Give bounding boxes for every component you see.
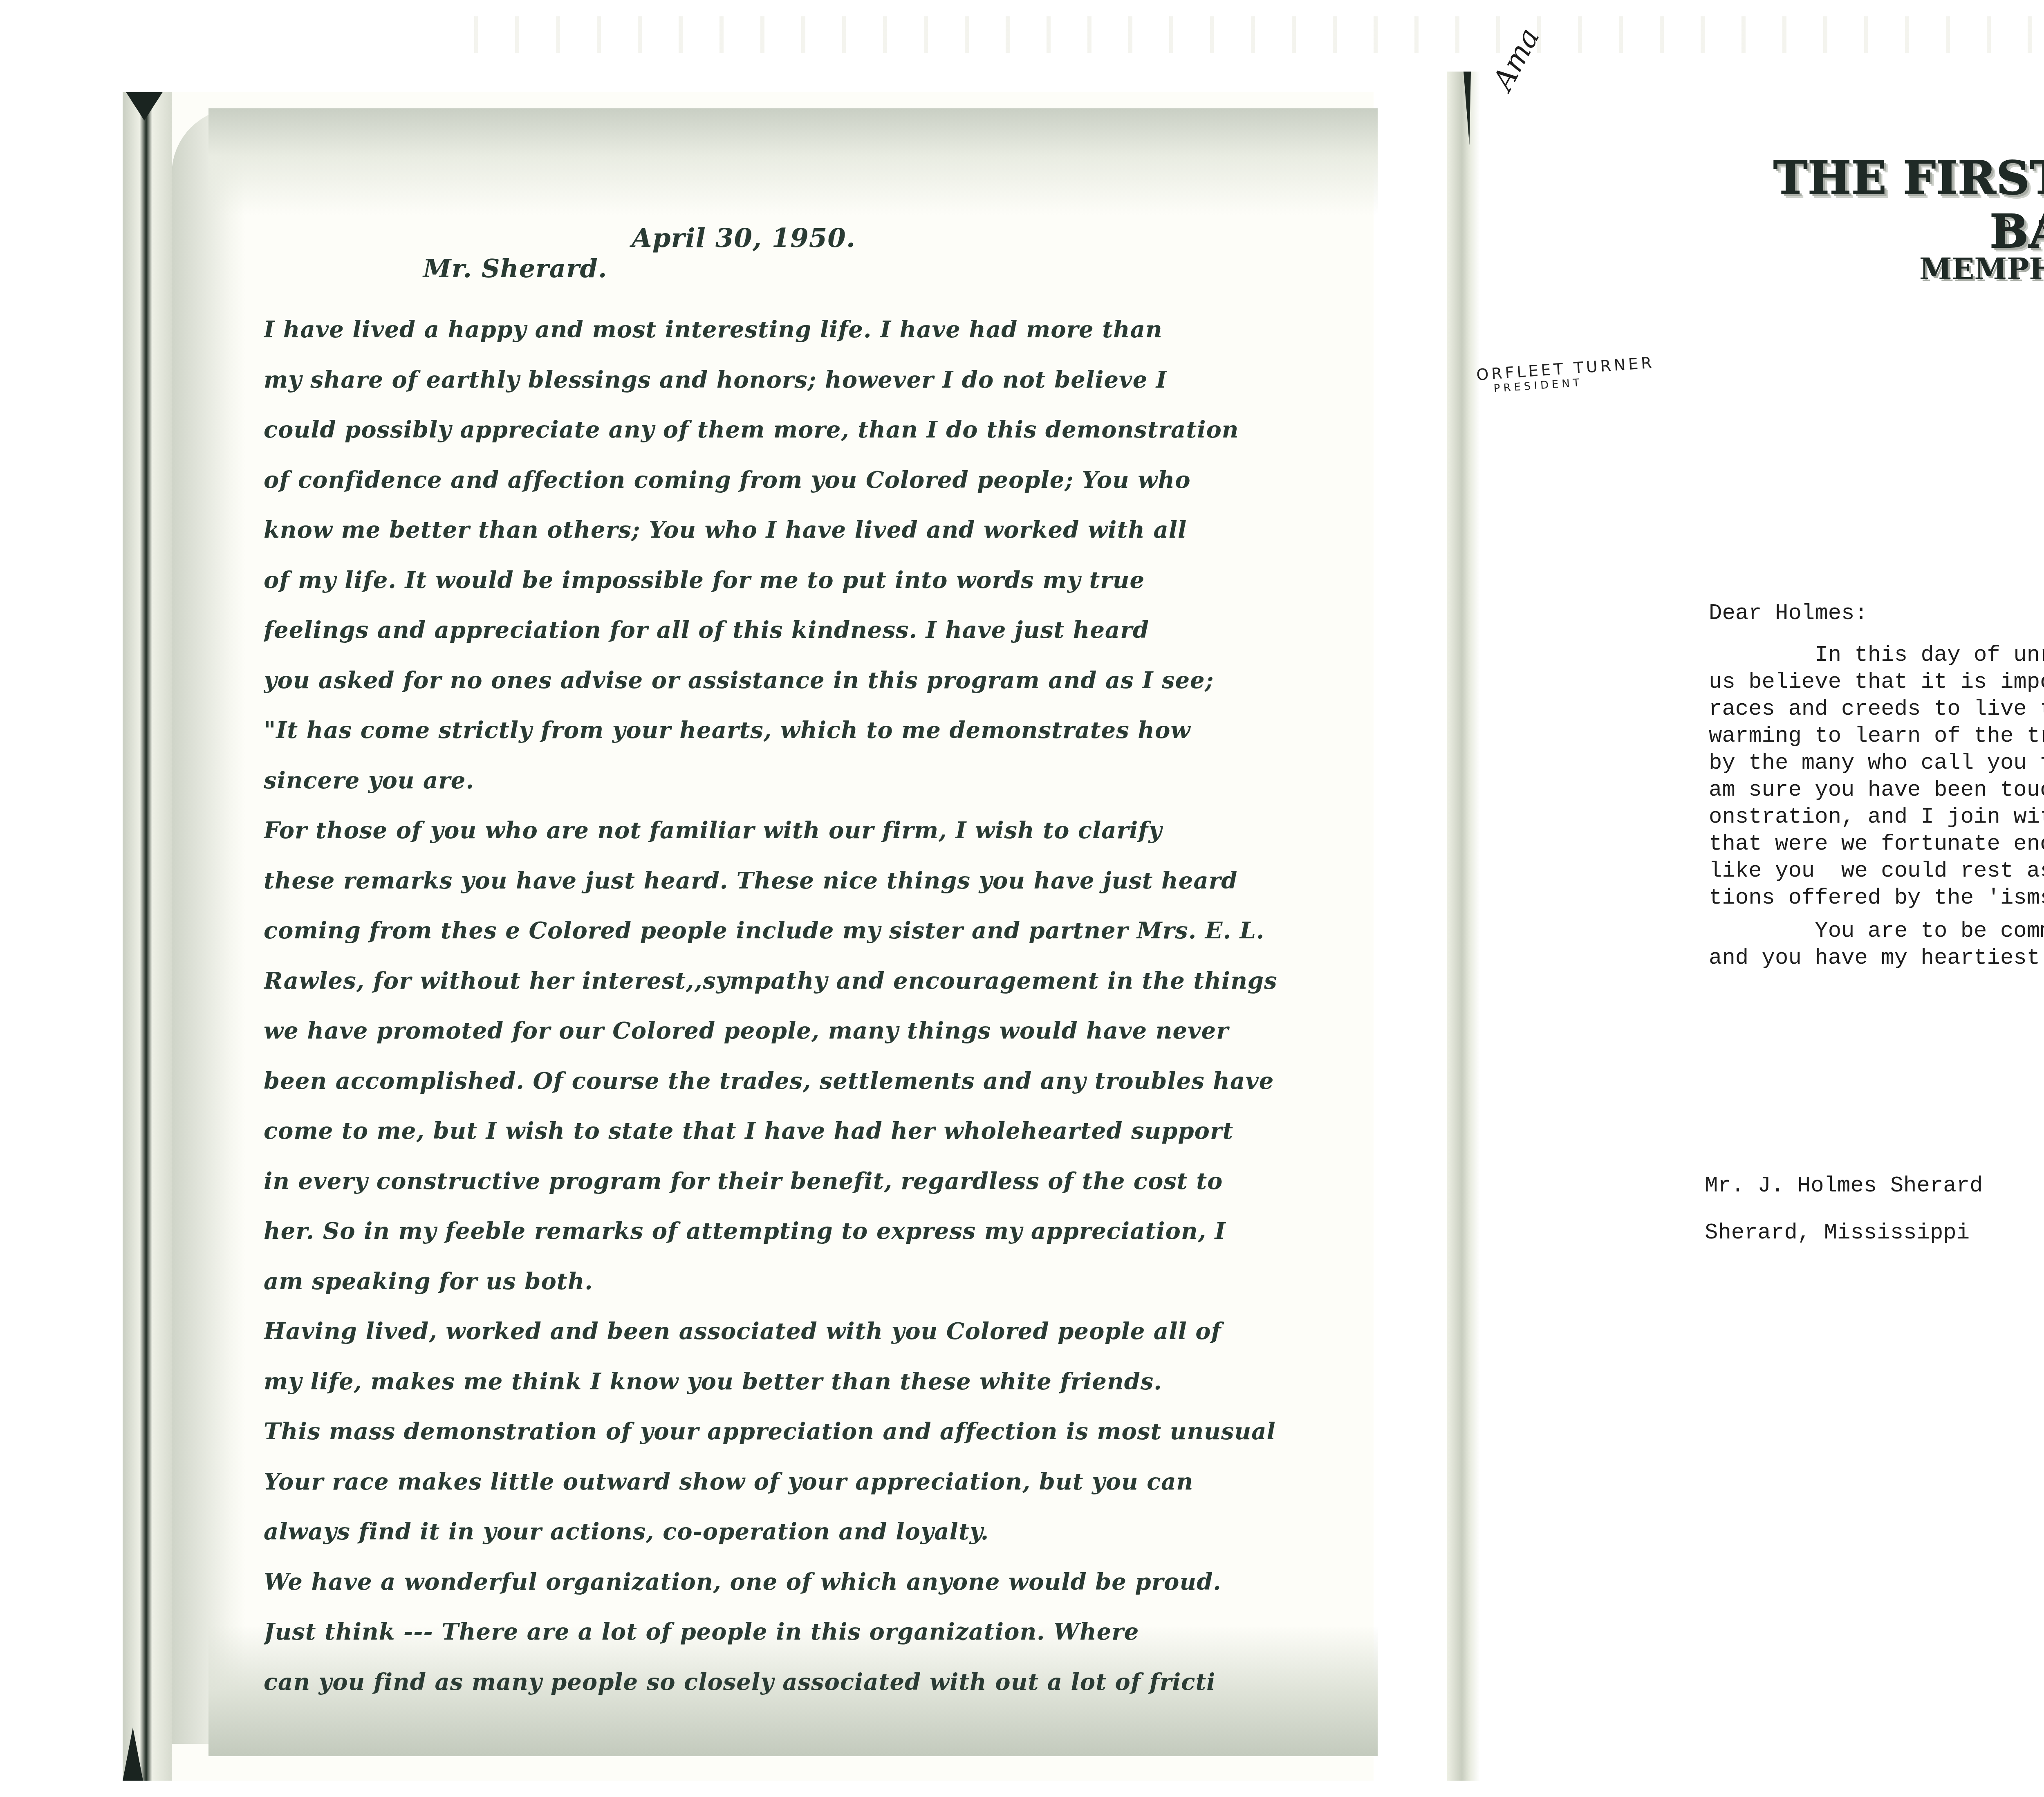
officer-block: ORFLEET TURNER PRESIDENT	[1476, 354, 1656, 396]
letter-paragraph-2: You are to be commended on a job well do…	[1709, 918, 2044, 972]
speech-salutation: Mr. Sherard.	[423, 254, 607, 283]
letter-line: tions offered by the 'isms' would have l…	[1709, 885, 2044, 912]
binder-rings	[446, 16, 2044, 53]
speech-date: April 30, 1950.	[632, 223, 856, 254]
speech-line: can you find as many people so closely a…	[264, 1657, 1376, 1707]
speech-line: her. So in my feeble remarks of attempti…	[264, 1206, 1376, 1256]
speech-line: am speaking for us both.	[264, 1256, 1376, 1307]
speech-line: We have a wonderful organization, one of…	[264, 1557, 1376, 1607]
speech-line: For those of you who are not familiar wi…	[264, 805, 1376, 856]
book-gutter	[123, 92, 172, 1781]
speech-line: of confidence and affection coming from …	[264, 455, 1376, 505]
letter-line: onstration, and I join with your many fr…	[1709, 804, 2044, 831]
page-shadow-top	[208, 108, 1378, 215]
speech-line: been accomplished. Of course the trades,…	[264, 1056, 1376, 1106]
speech-line: come to me, but I wish to state that I h…	[264, 1106, 1376, 1156]
recipient-location: Sherard, Mississippi	[1705, 1220, 1970, 1245]
letter-line: am sure you have been touched by this ex…	[1709, 777, 2044, 804]
speech-line: coming from thes e Colored people includ…	[264, 906, 1376, 956]
speech-line: my share of earthly blessings and honors…	[264, 355, 1376, 405]
speech-line: sincere you are.	[264, 756, 1376, 806]
speech-line: we have promoted for our Colored people,…	[264, 1006, 1376, 1056]
speech-line: my life, makes me think I know you bette…	[264, 1357, 1376, 1407]
letter-line: us believe that it is impossible for men…	[1709, 669, 2044, 696]
letterhead-city: MEMPHIS, TENN.	[1741, 251, 2044, 286]
letter-greeting: Dear Holmes:	[1709, 601, 1868, 626]
speech-line: feelings and appreciation for all of thi…	[264, 605, 1376, 655]
bank-letter-page: Ama THE FIRST NATIONAL BANK OF MEMPHIS M…	[1447, 72, 2044, 1781]
speech-line: Your race makes little outward show of y…	[264, 1457, 1376, 1507]
letter-line: You are to be commended on a job well do…	[1709, 918, 2044, 945]
letter-line: races and creeds to live together peacef…	[1709, 696, 2044, 723]
speech-line: in every constructive program for their …	[264, 1156, 1376, 1207]
speech-line: Having lived, worked and been associated…	[264, 1306, 1376, 1357]
recipient-name: Mr. J. Holmes Sherard	[1705, 1173, 1983, 1198]
letterhead-subtitle: OF MEMPHIS	[1741, 217, 2044, 235]
letter-line: In this day of unrest, when some would h…	[1709, 642, 2044, 669]
speech-line: could possibly appreciate any of them mo…	[264, 405, 1376, 455]
speech-line: these remarks you have just heard. These…	[264, 856, 1376, 906]
speech-line: of my life. It would be impossible for m…	[264, 555, 1376, 606]
letter-line: by the many who call you friend as well …	[1709, 750, 2044, 777]
speech-page: April 30, 1950. Mr. Sherard. I have live…	[123, 92, 1374, 1781]
speech-line: Rawles, for without her interest,,sympat…	[264, 956, 1376, 1006]
speech-line: always find it in your actions, co-opera…	[264, 1507, 1376, 1557]
speech-line: "It has come strictly from your hearts, …	[264, 705, 1376, 756]
speech-line: know me better than others; You who I ha…	[264, 505, 1376, 555]
letterhead-bank-name: THE FIRST NATIONAL BANK	[1741, 151, 2044, 258]
speech-line: I have lived a happy and most interestin…	[264, 305, 1376, 355]
letter-line: like you we could rest assured that the …	[1709, 858, 2044, 885]
letter-line: that were we fortunate enough in the Sou…	[1709, 831, 2044, 858]
speech-line: This mass demonstration of your apprecia…	[264, 1407, 1376, 1457]
speech-body: I have lived a happy and most interestin…	[264, 305, 1376, 1707]
speech-line: Just think --- There are a lot of people…	[264, 1607, 1376, 1657]
page-curl	[172, 108, 245, 1744]
speech-line: you asked for no ones advise or assistan…	[264, 655, 1376, 706]
letter-line: warming to learn of the tribute paid you…	[1709, 723, 2044, 750]
letter-paragraph-1: In this day of unrest, when some would h…	[1709, 642, 2044, 912]
page-binding	[1447, 72, 1480, 1781]
letter-line: and you have my heartiest congratulation…	[1709, 945, 2044, 972]
